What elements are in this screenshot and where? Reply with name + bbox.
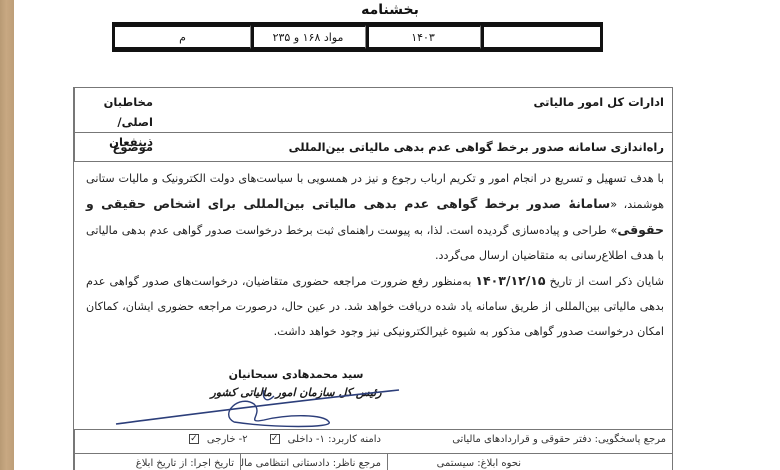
header-cell-year: ۱۴۰۳ bbox=[365, 25, 480, 49]
body-paragraph-2: شایان ذکر است از تاریخ ۱۴۰۳/۱۲/۱۵ به‌منظ… bbox=[86, 268, 664, 344]
header-cell-articles: مواد ۱۶۸ و ۲۳۵ bbox=[250, 25, 365, 49]
footer-row-1: دامنه کاربرد: ۱- داخلی ✓ ۲- خارجی ✓ مرجع… bbox=[74, 429, 672, 453]
domain-external-label: ۲- خارجی bbox=[207, 434, 248, 445]
addressee-value: ادارات کل امور مالیاتی bbox=[159, 88, 672, 132]
responsible-reference: مرجع پاسخگویی: دفتر حقوقی و قراردادهای م… bbox=[387, 430, 672, 453]
footer-empty-cell bbox=[527, 454, 672, 470]
checkbox-external-checked-icon[interactable]: ✓ bbox=[189, 434, 199, 444]
notification-method: نحوه ابلاغ: سیستمی bbox=[387, 454, 527, 470]
addressee-label: مخاطبان اصلی/ ذینفعان bbox=[74, 88, 159, 132]
body-p1-text-continued: » طراحی و پیاده‌سازی گردیده است. لذا، به… bbox=[86, 224, 664, 262]
document-title: بخشنامه bbox=[0, 2, 780, 18]
subject-row: موضوع راه‌اندازی سامانه صدور برخط گواهی … bbox=[74, 133, 672, 162]
document-body: با هدف تسهیل و تسریع در انجام امور و تکر… bbox=[86, 166, 664, 344]
signatory-name: سید محمدهادی سبحانیان bbox=[186, 366, 406, 384]
domain-internal-label: دامنه کاربرد: ۱- داخلی bbox=[288, 434, 381, 445]
background-wood-strip bbox=[0, 0, 14, 470]
document-frame: مخاطبان اصلی/ ذینفعان ادارات کل امور مال… bbox=[73, 87, 673, 470]
subject-value: راه‌اندازی سامانه صدور برخط گواهی عدم بد… bbox=[159, 133, 672, 161]
header-table: ۱۴۰۳ مواد ۱۶۸ و ۲۳۵ م bbox=[112, 22, 603, 52]
effective-date: ۱۴۰۳/۱۲/۱۵ bbox=[475, 273, 545, 288]
checkbox-internal-checked-icon[interactable]: ✓ bbox=[270, 434, 280, 444]
handwritten-signature-icon bbox=[114, 384, 404, 428]
body-p2-text: شایان ذکر است از تاریخ bbox=[546, 275, 664, 288]
footer-row-2: تاریخ اجرا: از تاریخ ابلاغ مرجع ناظر: دا… bbox=[74, 453, 672, 470]
body-paragraph-1: با هدف تسهیل و تسریع در انجام امور و تکر… bbox=[86, 166, 664, 268]
supervisory-reference: مرجع ناظر: دادستانی انتظامی مالیاتی bbox=[240, 454, 387, 470]
subject-label: موضوع bbox=[74, 133, 159, 161]
application-domain: دامنه کاربرد: ۱- داخلی ✓ ۲- خارجی ✓ bbox=[74, 430, 387, 453]
header-cell-number bbox=[480, 25, 600, 49]
header-cell-code: م bbox=[115, 25, 250, 49]
execution-date: تاریخ اجرا: از تاریخ ابلاغ bbox=[74, 454, 240, 470]
addressee-row: مخاطبان اصلی/ ذینفعان ادارات کل امور مال… bbox=[74, 88, 672, 133]
